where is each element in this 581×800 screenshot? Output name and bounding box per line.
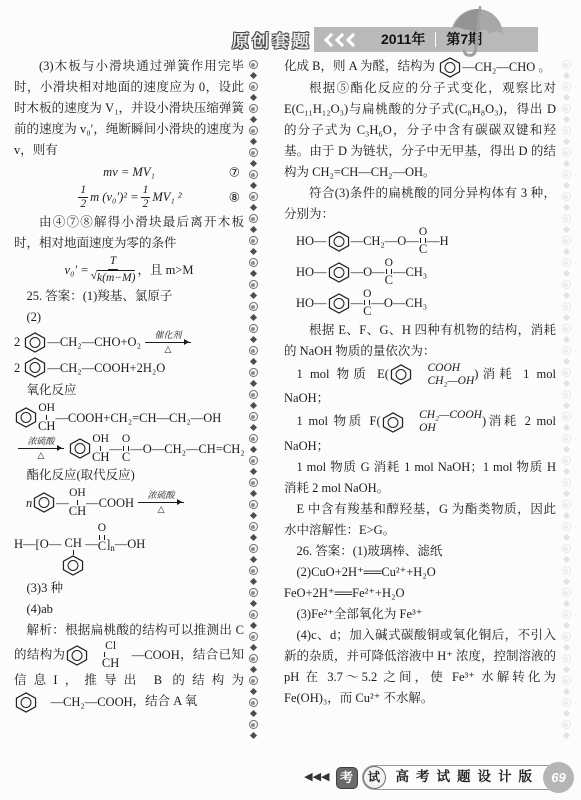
arrow-line [138,502,184,503]
label-oxidation: 氧化反应 [14,380,244,401]
structure-ester-product: 浓硫酸 △ OHCH — OC —O—CH₂—CH=CH₂+H₂O [14,434,244,463]
answer-26-3: (3)Fe²⁺全部氧化为 Fe³⁺ [284,604,556,625]
benzene-ring-icon [327,231,351,252]
ionic-equation-cuo: (2)CuO+2H⁺══Cu²⁺+H₂O [284,562,556,583]
ionic-equation-feo: FeO+2H⁺══Fe²⁺+H₂O [284,583,556,604]
reaction-arrow: 催化剂 △ [145,330,191,356]
left-column: (3)木板与小滑块通过弹簧作用完毕时，小滑块相对地面的速度应为 0，设此时木板的… [14,56,244,770]
reaction-oxidation-line1: 2 —CH₂—CHO+O₂ 催化剂 △ [14,330,244,356]
reaction-arrow: 浓硫酸 △ [18,436,64,462]
substance-F-line: 1 mol 物质 F(CH₂—COOHOH)消耗 2 mol NaOH； [284,409,556,456]
right-column: 化成 B，则 A 为醛，结构为 —CH₂—CHO 。 根据⑤酯化反应的分子式变化… [284,56,556,770]
benzene-ring-icon [327,262,351,283]
footer-title: 高考试题设计版 [386,766,542,789]
magazine-logo: 原创套题 [232,28,312,57]
shi-badge: 试 [363,766,386,789]
isomer-structure-3: HO— — OC —O—CH₃ [284,289,556,318]
magazine-page: 原创套题 2011年 第7期 (3)木板与小滑块通过弹簧作用完毕时，小滑块相对地… [0,0,581,800]
naoh-intro: 根据 E、F、G、H 四种有机物的结构，消耗的 NaOH 物质的量依次为： [284,320,556,362]
benzene-ring-icon [438,57,462,78]
structure-polymer: H—[O— CH — OC ]n —OH [14,519,244,576]
benzene-ring-icon [23,357,47,378]
label-esterification: 酯化反应(取代反应) [14,465,244,486]
page-footer: ◀◀◀ 考 试 高考试题设计版 69 [304,765,567,790]
substance-GH-line: 1 mol 物质 G 消耗 1 mol NaOH；1 mol 物质 H 消耗 2… [284,457,556,499]
header-separator [435,32,436,47]
benzene-ring-icon [23,332,47,353]
benzene-ring-icon [65,645,89,666]
answer-26-heading: 26. 答案：(1)玻璃棒、滤纸 [284,541,556,562]
answer-26-4: (4)c、d；加入碱式碳酸铜或氧化铜后，不引入新的杂质，并可降低溶液中 H⁺ 浓… [284,625,556,709]
equation-tag: ⑧ [229,187,240,208]
isomer-structure-2: HO— —O— OC —CH₃ [284,258,556,287]
physics-conclusion: 由④⑦⑧解得小滑块最后离开木板时，相对地面速度为零的条件 [14,212,244,254]
physics-paragraph: (3)木板与小滑块通过弹簧作用完毕时，小滑块相对地面的速度应为 0，设此时木板的… [14,56,244,161]
equation-tag: ⑦ [229,162,240,183]
answer-25-4: (4)ab [14,599,244,620]
equation-8: 12 m (v₀′)² = 12 MV₁ ² ⑧ [14,184,244,211]
ornament-divider [247,58,259,752]
aldehyde-line: 化成 B，则 A 为醛，结构为 —CH₂—CHO 。 [284,56,556,78]
equation-condition: v₀′ = T√k(m−M) ，且 m>M [14,255,244,284]
analysis-paragraph: 解析：根据扁桃酸的结构可以推测出 C 的结构为ClCH—COOH，结合已知信息I… [14,620,244,713]
structure-polymerization-reactant: n — OHCH —COOH 浓硫酸 △ [14,488,244,517]
answer-25-part2: (2) [14,307,244,328]
chevrons-left-icon [326,35,359,45]
arrow-line [145,342,191,343]
benzene-ring-icon [381,412,405,433]
footer-arrows-icon: ◀◀◀ [304,768,329,786]
isomer-intro: 符合(3)条件的扁桃酸的同分异构体有 3 种，分别为： [284,183,556,225]
benzene-ring-icon [14,407,38,428]
solubility-line: E 中含有羧基和醇羟基，G 为酯类物质，因此水中溶解性：E>G。 [284,499,556,541]
benzene-ring-icon [14,692,38,713]
substance-E-line: 1 mol 物质 E(COOHCH₂—OH)消耗 1 mol NaOH； [284,362,556,409]
benzene-ring-icon [327,293,351,314]
page-header: 原创套题 2011年 第7期 [0,22,581,58]
benzene-ring-icon [68,438,92,459]
issue-year: 2011年 [381,28,425,52]
molecular-formula-paragraph: 根据⑤酯化反应的分子式变化，观察比对 E(C₁₁H₁₂O₃)与扁桃酸的分子式(C… [284,78,556,183]
answer-25-3: (3)3 种 [14,578,244,599]
kao-badge: 考 [336,767,358,789]
arrow-line [18,448,64,449]
answer-25-heading: 25. 答案：(1)羧基、氯原子 [14,286,244,307]
footer-pill: 试 高考试题设计版 69 [362,765,568,790]
page-number: 69 [543,762,574,793]
equation-7: mv = MV₁ ⑦ [14,162,244,183]
isomer-structure-1: HO— —CH₂—O— OC —H [284,227,556,256]
benzene-ring-icon [389,364,413,385]
benzene-ring-icon [32,492,56,513]
ornament-right-edge [560,58,572,752]
structure-addition: OHCH —COOH+CH₂=CH—CH₂—OH [14,403,244,432]
reaction-arrow: 浓硫酸 △ [138,490,184,516]
reaction-oxidation-line2: 2 —CH₂—COOH+2H₂O [14,357,244,378]
benzene-ring-icon [61,555,85,576]
